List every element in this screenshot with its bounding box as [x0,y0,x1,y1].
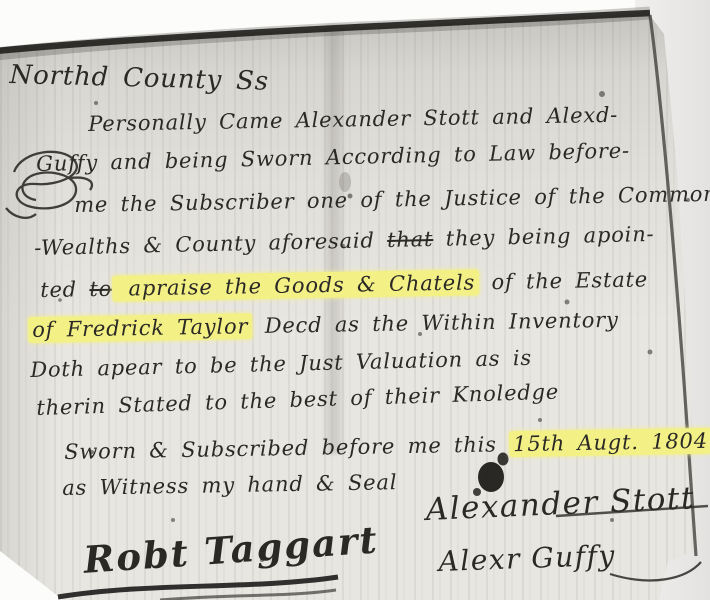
signature-text: Alexr Guffy [438,539,616,578]
highlighted-phrase-fredrick-taylor: of Fredrick Taylor [28,313,252,343]
struck-word: to [89,277,112,301]
line-text: of the Estate [479,267,648,294]
struck-word: that [387,227,434,252]
line-text: ted [40,277,90,302]
signature-alexr-guffy: Alexr Guffy [438,539,616,578]
highlighted-phrase-date: 15th Augt. 1804 [509,428,710,458]
line-text: they being apoin- [433,222,655,251]
